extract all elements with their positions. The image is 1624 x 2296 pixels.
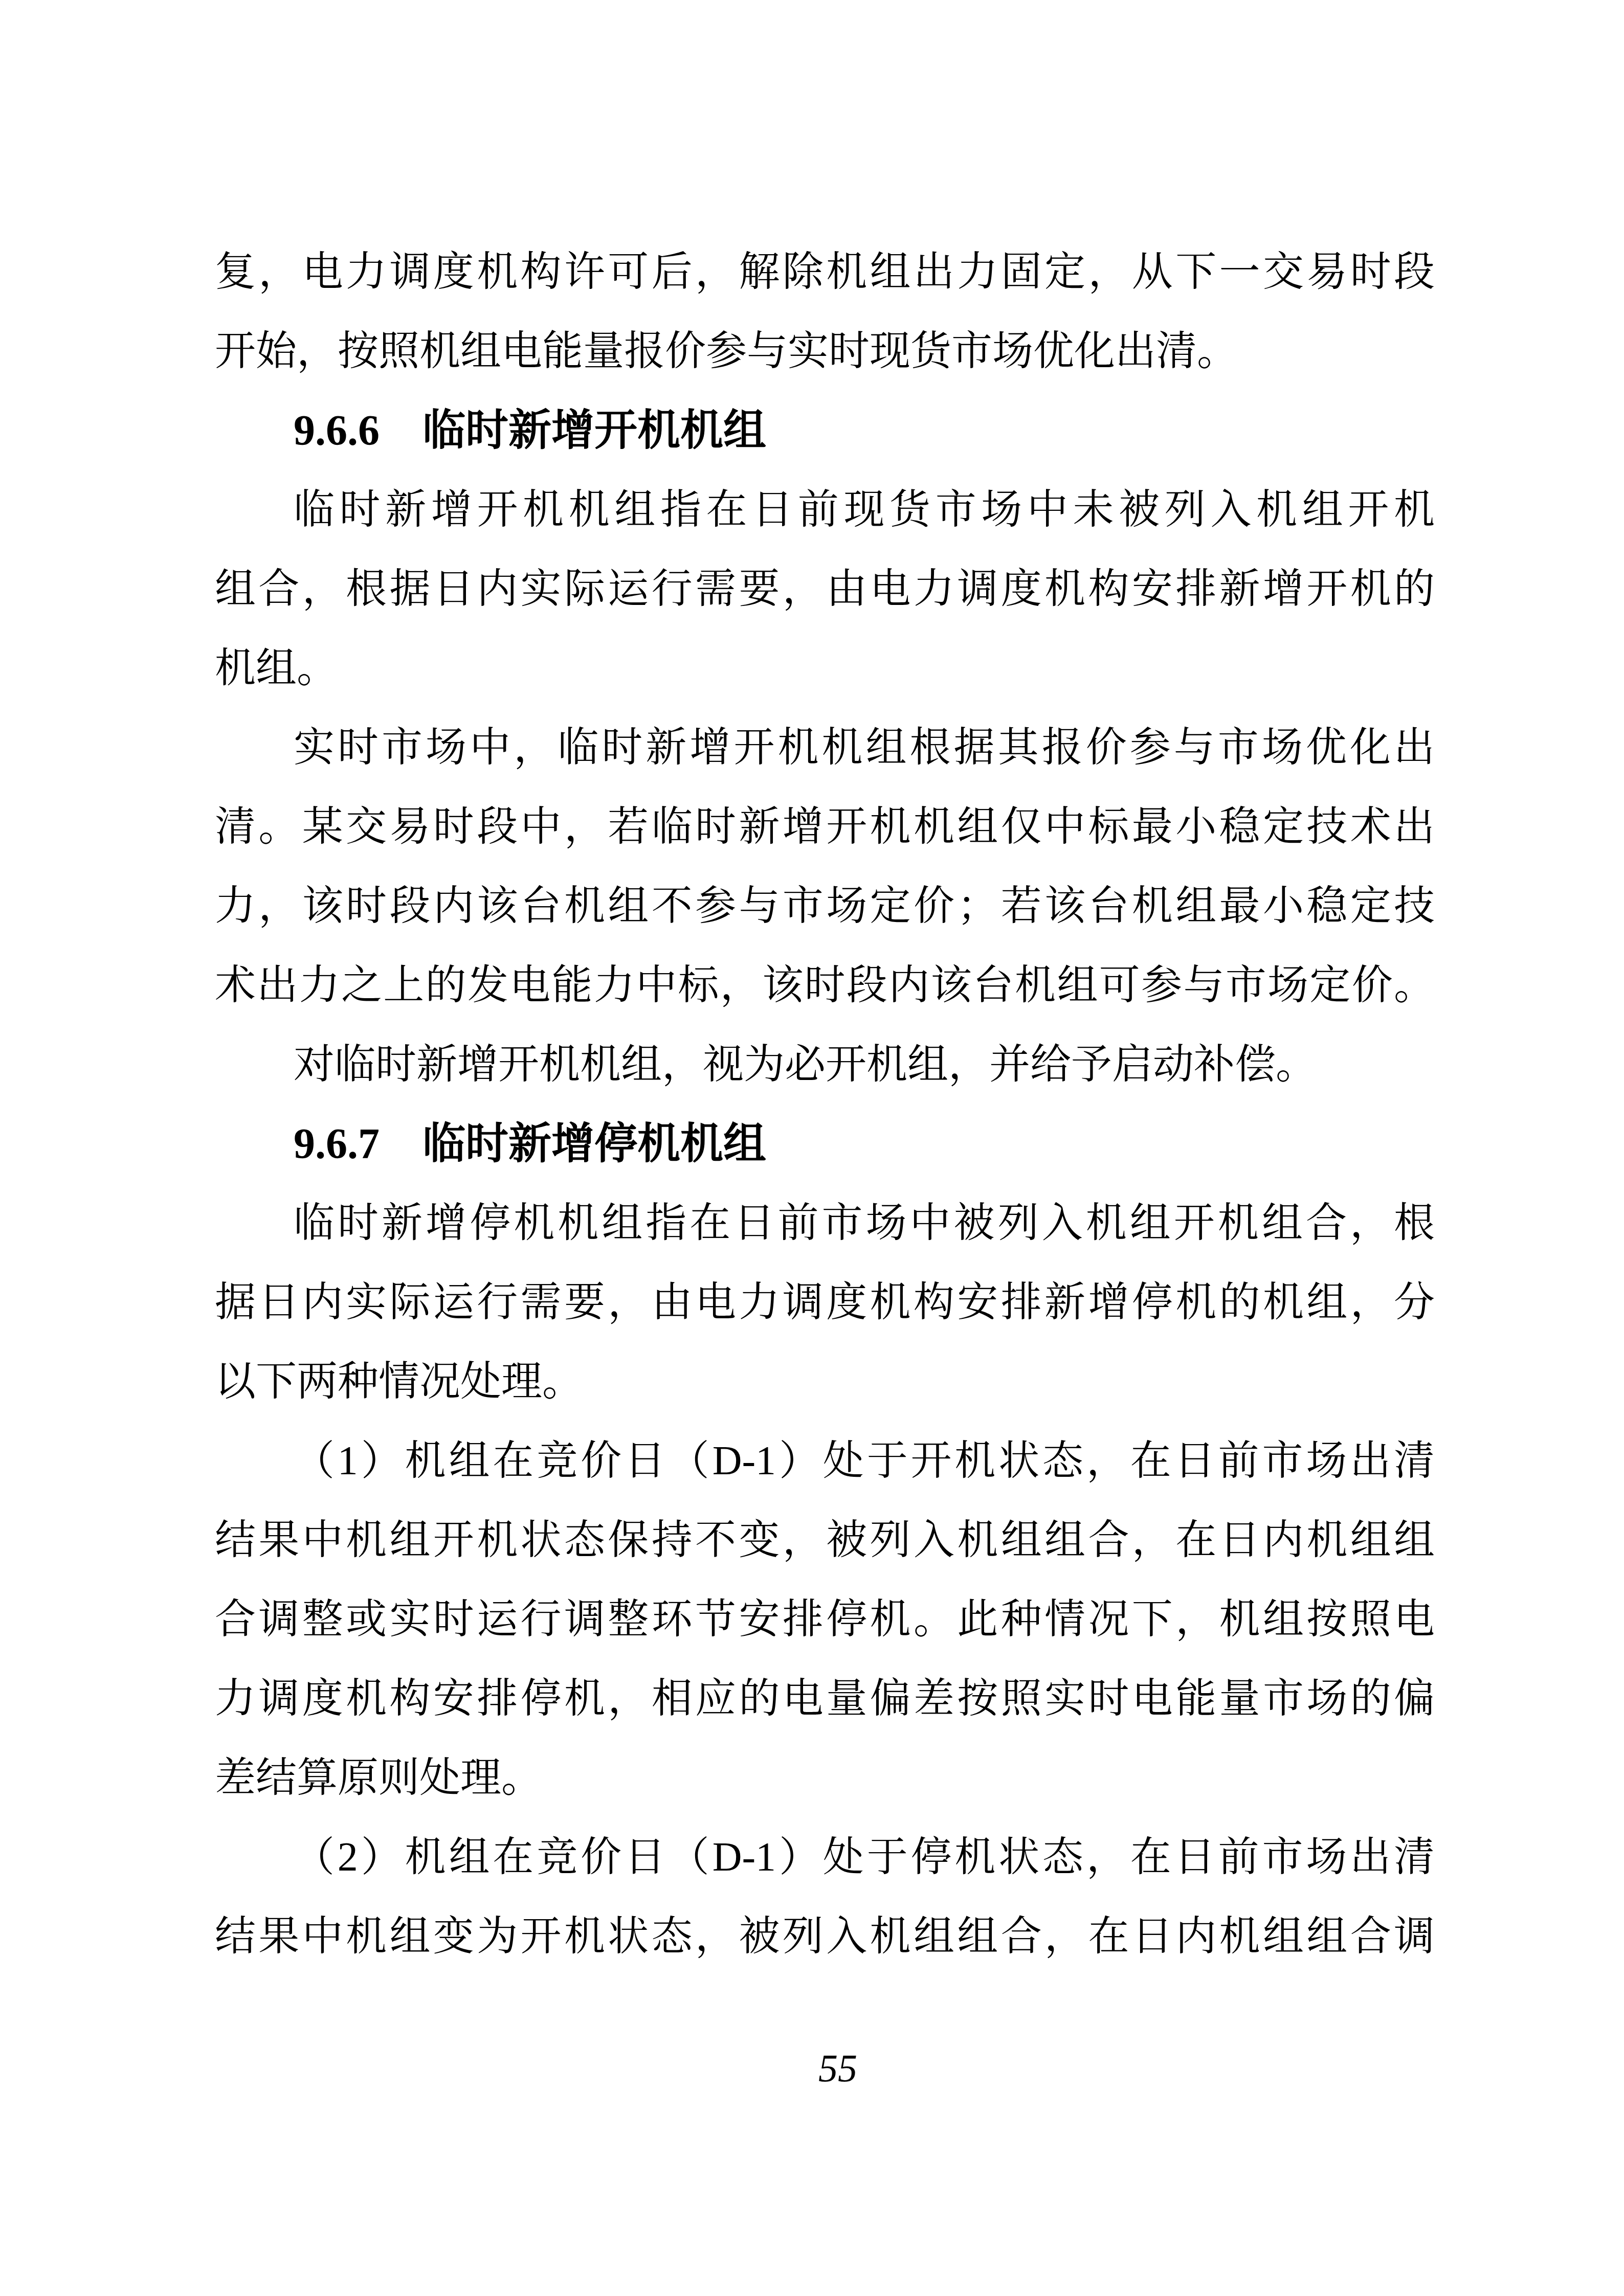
text-block: 复，电力调度机构许可后，解除机组出力固定，从下一交易时段开始，按照机组电能量报价…: [215, 233, 1435, 1976]
text-line: 组合，根据日内实际运行需要，由电力调度机构安排新增开机的: [215, 550, 1435, 629]
text-line: 开始，按照机组电能量报价参与实时现货市场优化出清。: [215, 312, 1435, 391]
text-line: 差结算原则处理。: [215, 1739, 1435, 1818]
text-line: 机组。: [215, 629, 1435, 708]
text-line: 对临时新增开机机组，视为必开机组，并给予启动补偿。: [215, 1025, 1435, 1105]
text-line: 结果中机组开机状态保持不变，被列入机组组合，在日内机组组: [215, 1501, 1435, 1580]
text-line: 力调度机构安排停机，相应的电量偏差按照实时电能量市场的偏: [215, 1659, 1435, 1739]
text-line: 术出力之上的发电能力中标，该时段内该台机组可参与市场定价。: [215, 946, 1435, 1025]
document-page: 复，电力调度机构许可后，解除机组出力固定，从下一交易时段开始，按照机组电能量报价…: [0, 0, 1624, 2296]
text-line: （2）机组在竞价日（D-1）处于停机状态，在日前市场出清: [215, 1818, 1435, 1897]
text-line: 结果中机组变为开机状态，被列入机组组合，在日内机组组合调: [215, 1897, 1435, 1976]
text-line: 复，电力调度机构许可后，解除机组出力固定，从下一交易时段: [215, 233, 1435, 312]
text-line: 临时新增停机机组指在日前市场中被列入机组开机组合，根: [215, 1184, 1435, 1263]
text-line: 清。某交易时段中，若临时新增开机机组仅中标最小稳定技术出: [215, 787, 1435, 867]
text-line: 力，该时段内该台机组不参与市场定价；若该台机组最小稳定技: [215, 867, 1435, 946]
text-line: 临时新增开机机组指在日前现货市场中未被列入机组开机: [215, 470, 1435, 550]
text-line: （1）机组在竞价日（D-1）处于开机状态，在日前市场出清: [215, 1422, 1435, 1501]
section-heading: 9.6.7 临时新增停机机组: [215, 1105, 1435, 1184]
page-number: 55: [818, 2045, 857, 2091]
section-heading: 9.6.6 临时新增开机机组: [215, 391, 1435, 470]
text-line: 合调整或实时运行调整环节安排停机。此种情况下，机组按照电: [215, 1580, 1435, 1659]
text-line: 据日内实际运行需要，由电力调度机构安排新增停机的机组，分: [215, 1263, 1435, 1342]
text-line: 实时市场中，临时新增开机机组根据其报价参与市场优化出: [215, 708, 1435, 787]
text-line: 以下两种情况处理。: [215, 1342, 1435, 1422]
